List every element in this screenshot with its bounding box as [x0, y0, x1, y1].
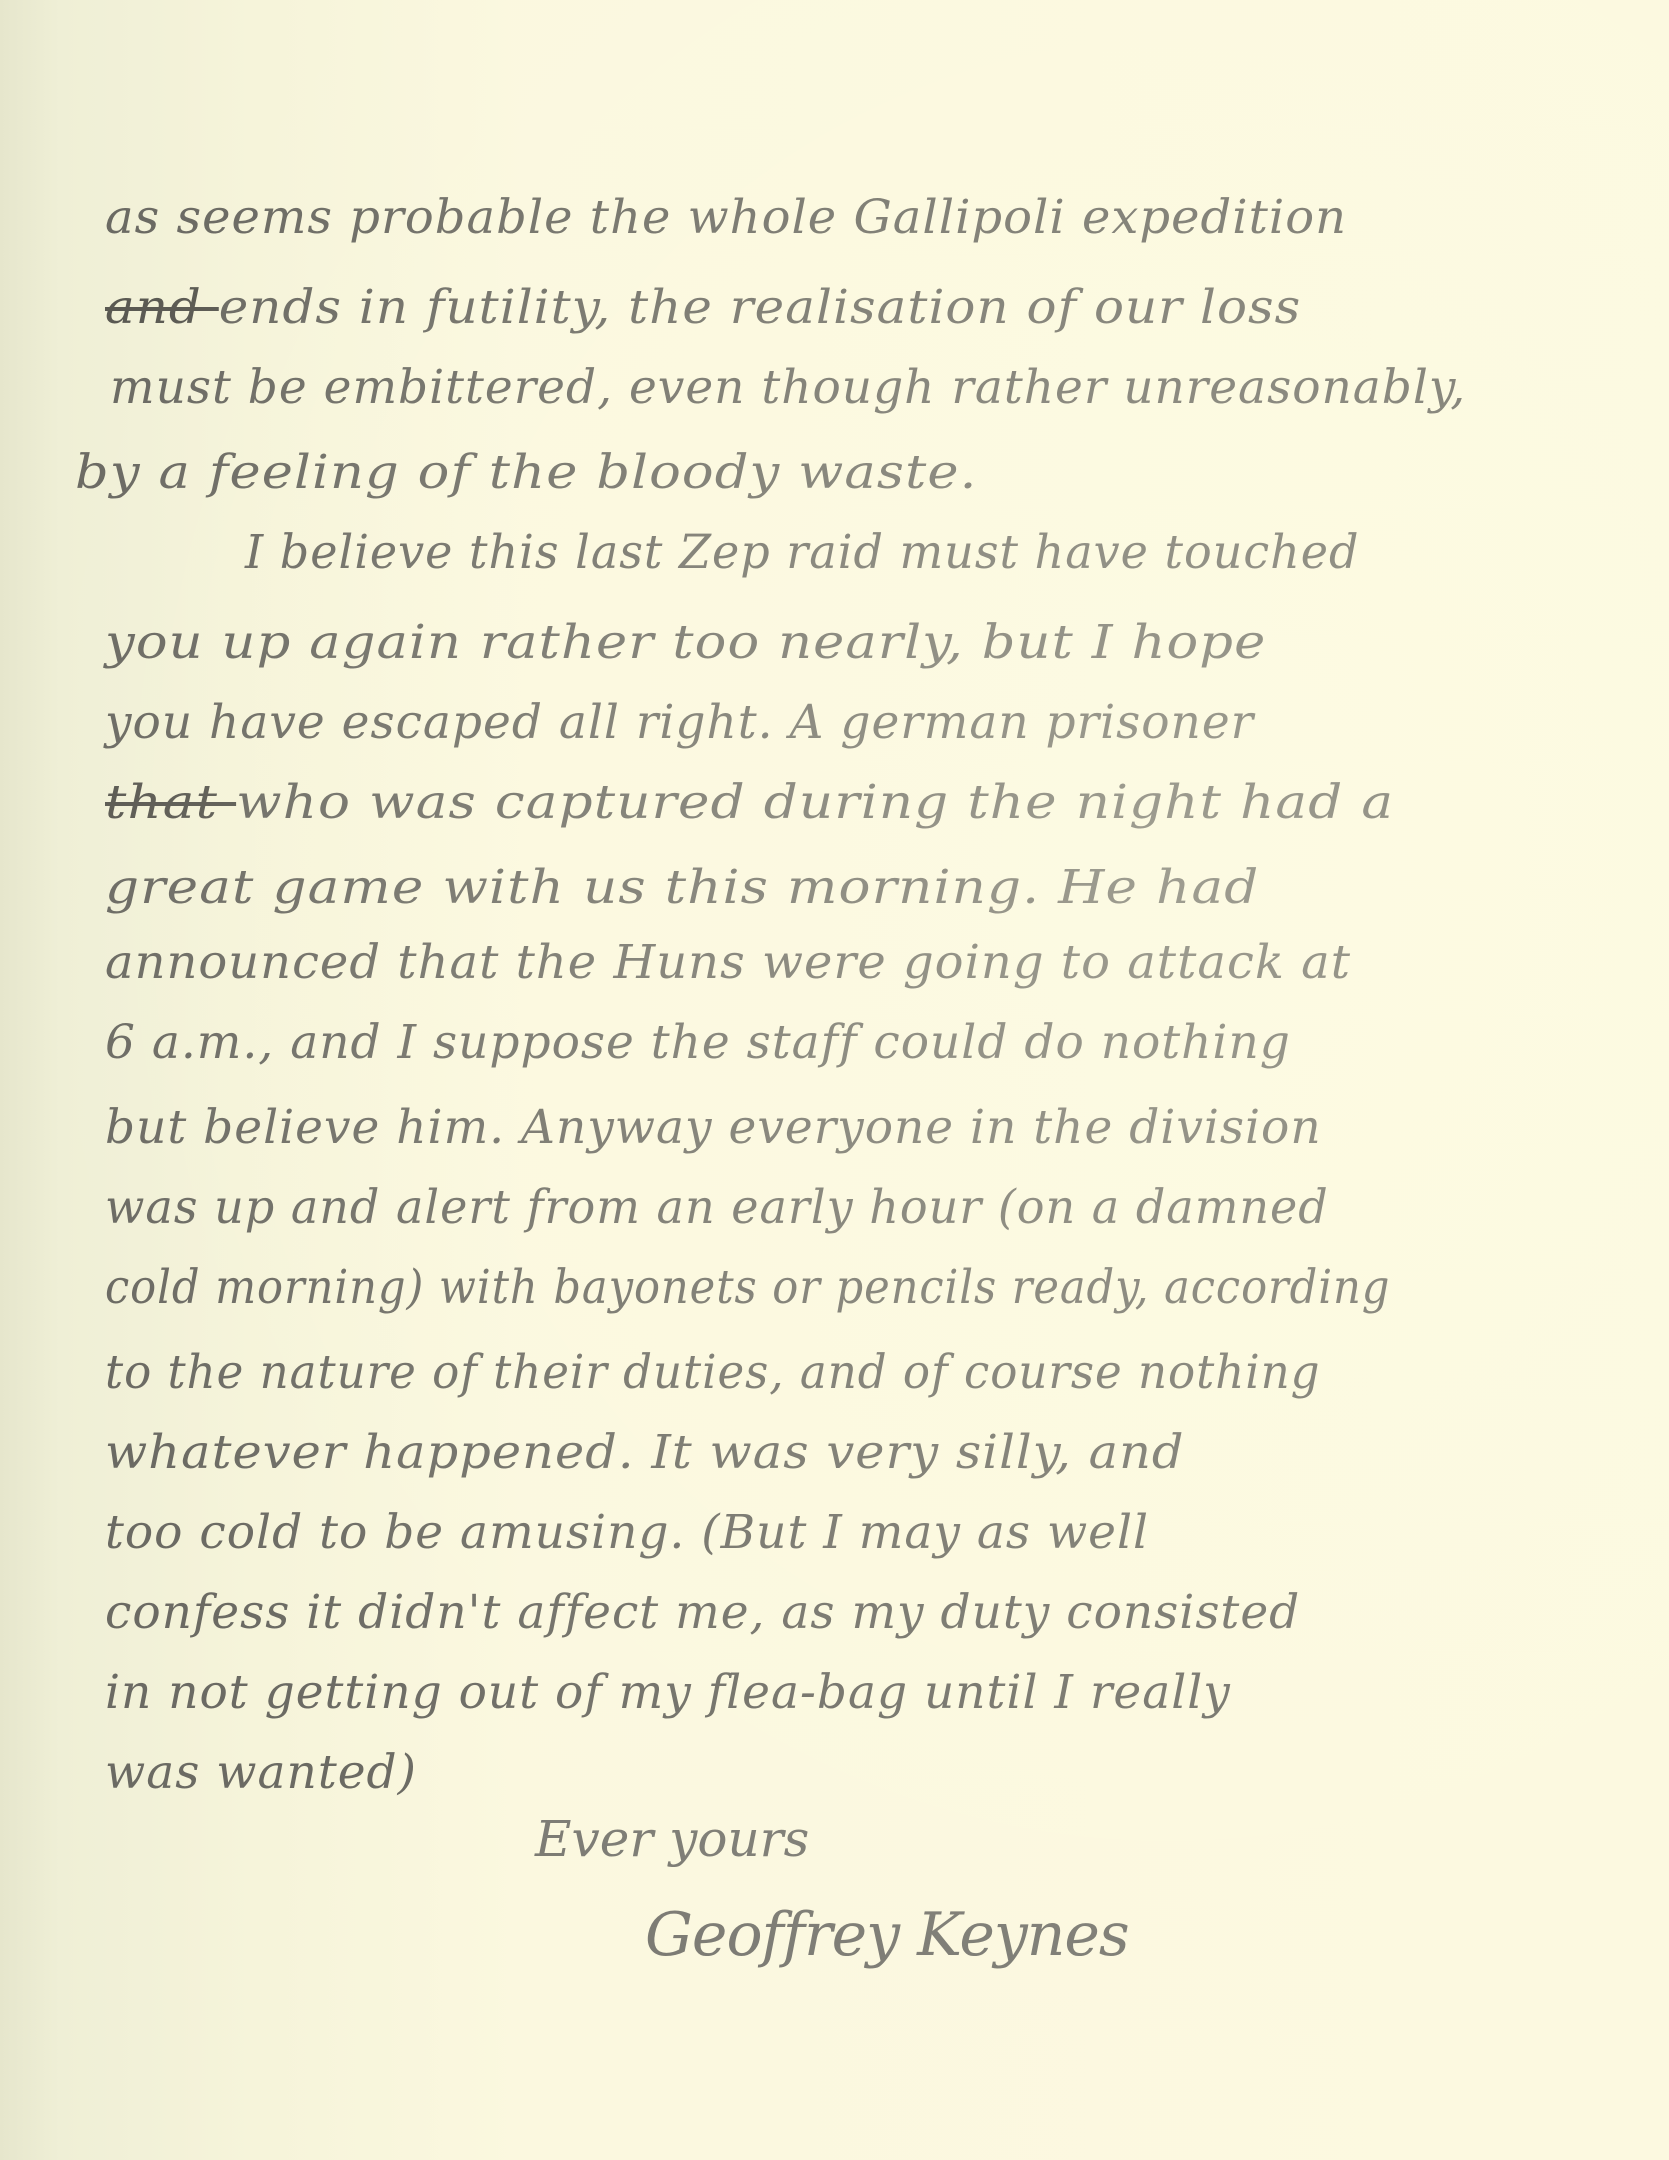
letter-line: in not getting out of my flea-bag until … [105, 1665, 1231, 1720]
letter-line: but believe him. Anyway everyone in the … [105, 1100, 1322, 1155]
letter-line: by a feeling of the bloody waste. [75, 445, 977, 500]
signature: Geoffrey Keynes [645, 1900, 1129, 1970]
line-text: 6 a.m., and I suppose the staff could do… [105, 1015, 1291, 1070]
line-text: but believe him. Anyway everyone in the … [105, 1100, 1322, 1155]
line-text: who was captured during the night had a [236, 775, 1394, 830]
struck-word: that [105, 775, 236, 830]
letter-line: and ends in futility, the realisation of… [105, 280, 1301, 335]
line-text: great game with us this morning. He had [105, 860, 1259, 915]
letter-line: great game with us this morning. He had [105, 860, 1259, 915]
letter-line: 6 a.m., and I suppose the staff could do… [105, 1015, 1291, 1070]
letter-line: you have escaped all right. A german pri… [105, 695, 1254, 750]
line-text: was wanted) [105, 1745, 417, 1800]
line-text: you up again rather too nearly, but I ho… [105, 615, 1266, 670]
line-text: too cold to be amusing. (But I may as we… [105, 1505, 1149, 1560]
line-text: whatever happened. It was very silly, an… [105, 1425, 1185, 1480]
line-text: as seems probable the whole Gallipoli ex… [105, 190, 1347, 245]
line-text: was up and alert from an early hour (on … [105, 1180, 1329, 1235]
letter-line: you up again rather too nearly, but I ho… [105, 615, 1266, 670]
line-text: ends in futility, the realisation of our… [219, 280, 1301, 335]
line-text: cold morning) with bayonets or pencils r… [105, 1260, 1390, 1315]
letter-line: confess it didn't affect me, as my duty … [105, 1585, 1300, 1640]
letter-line: must be embittered, even though rather u… [110, 360, 1466, 415]
letter-line: cold morning) with bayonets or pencils r… [105, 1260, 1390, 1315]
letter-body: as seems probable the whole Gallipoli ex… [0, 0, 1669, 2160]
line-text: you have escaped all right. A german pri… [105, 695, 1254, 750]
letter-line: announced that the Huns were going to at… [105, 935, 1351, 990]
letter-line: to the nature of their duties, and of co… [105, 1345, 1320, 1400]
letter-line: that who was captured during the night h… [105, 775, 1394, 830]
line-text: announced that the Huns were going to at… [105, 935, 1351, 990]
letter-line: whatever happened. It was very silly, an… [105, 1425, 1185, 1480]
line-text: must be embittered, even though rather u… [110, 360, 1466, 415]
line-text: I believe this last Zep raid must have t… [245, 525, 1359, 580]
struck-word: and [105, 280, 219, 335]
line-text: confess it didn't affect me, as my duty … [105, 1585, 1300, 1640]
letter-closing: Ever yours [535, 1810, 809, 1868]
letter-line: I believe this last Zep raid must have t… [245, 525, 1359, 580]
letter-page: as seems probable the whole Gallipoli ex… [0, 0, 1669, 2160]
letter-line: was wanted) [105, 1745, 417, 1800]
line-text: to the nature of their duties, and of co… [105, 1345, 1320, 1400]
letter-line: as seems probable the whole Gallipoli ex… [105, 190, 1347, 245]
line-text: by a feeling of the bloody waste. [75, 445, 977, 500]
letter-line: was up and alert from an early hour (on … [105, 1180, 1329, 1235]
letter-line: too cold to be amusing. (But I may as we… [105, 1505, 1149, 1560]
line-text: in not getting out of my flea-bag until … [105, 1665, 1231, 1720]
